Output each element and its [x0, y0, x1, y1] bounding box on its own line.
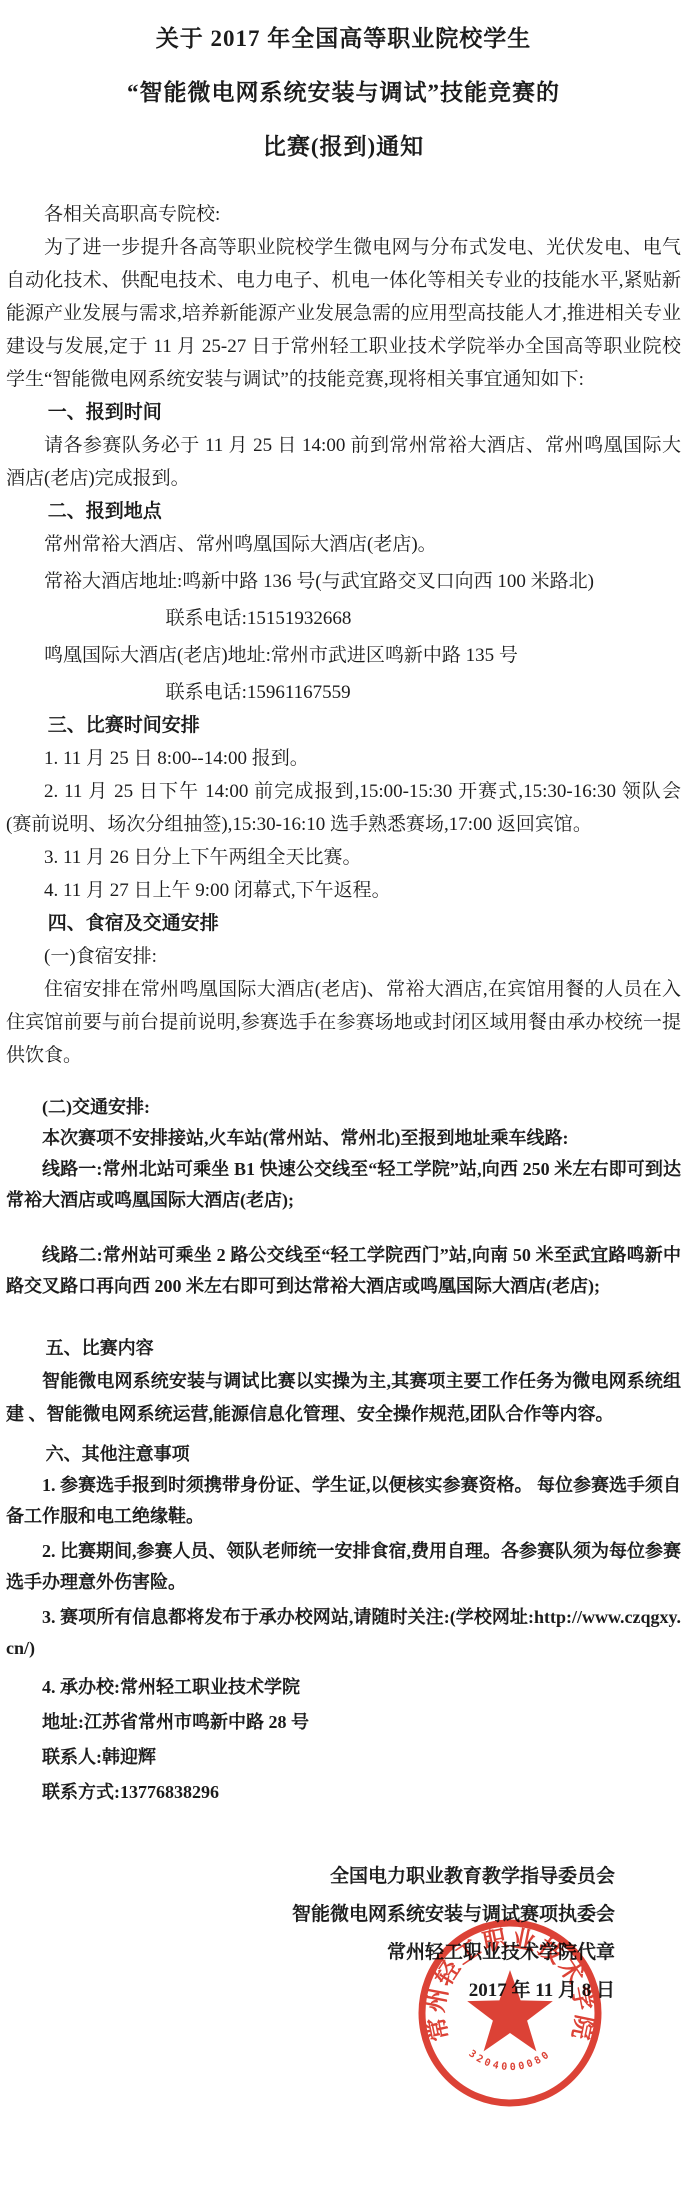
- section4-heading: 四、食宿及交通安排: [6, 907, 681, 940]
- section5-heading: 五、比赛内容: [6, 1332, 681, 1365]
- title-line-3: 比赛(报到)通知: [6, 120, 681, 174]
- transport-subheading: (二)交通安排:: [6, 1092, 681, 1123]
- signature-line-1: 全国电力职业教育教学指导委员会: [6, 1858, 615, 1896]
- notice-document: 关于 2017 年全国高等职业院校学生 “智能微电网系统安装与调试”技能竞赛的 …: [0, 0, 687, 2010]
- note-3: 3. 赛项所有信息都将发布于承办校网站,请随时关注:(学校网址:http://w…: [6, 1602, 681, 1664]
- schedule-item-2: 2. 11 月 25 日下午 14:00 前完成报到,15:00-15:30 开…: [6, 775, 681, 841]
- changyu-hotel-phone: 联系电话:15151932668: [6, 602, 681, 635]
- svg-text:3204000080: 3204000080: [466, 2048, 553, 2073]
- title-line-1: 关于 2017 年全国高等职业院校学生: [6, 12, 681, 66]
- lodging-paragraph: 住宿安排在常州鸣凰国际大酒店(老店)、常裕大酒店,在宾馆用餐的人员在入住宾馆前要…: [6, 973, 681, 1072]
- seal-code: 3204000080: [466, 2048, 553, 2073]
- mingfeng-hotel-address: 鸣凰国际大酒店(老店)地址:常州市武进区鸣新中路 135 号: [6, 639, 681, 672]
- transport-intro: 本次赛项不安排接站,火车站(常州站、常州北)至报到地址乘车线路:: [6, 1123, 681, 1154]
- signature-line-2: 智能微电网系统安装与调试赛项执委会: [6, 1896, 615, 1934]
- section1-body: 请各参赛队务必于 11 月 25 日 14:00 前到常州常裕大酒店、常州鸣凰国…: [6, 429, 681, 495]
- route-1: 线路一:常州北站可乘坐 B1 快速公交线至“轻工学院”站,向西 250 米左右即…: [6, 1154, 681, 1216]
- signature-block: 全国电力职业教育教学指导委员会 智能微电网系统安装与调试赛项执委会 常州轻工职业…: [6, 1858, 681, 2010]
- note-2: 2. 比赛期间,参赛人员、领队老师统一安排食宿,费用自理。各参赛队须为每位参赛选…: [6, 1536, 681, 1598]
- host-address: 地址:江苏省常州市鸣新中路 28 号: [6, 1707, 681, 1738]
- changyu-hotel-address: 常裕大酒店地址:鸣新中路 136 号(与武宜路交叉口向西 100 米路北): [6, 565, 681, 598]
- signature-line-3: 常州轻工职业技术学院代章: [6, 1934, 615, 1972]
- section6-heading: 六、其他注意事项: [6, 1439, 681, 1470]
- note-4: 4. 承办校:常州轻工职业技术学院: [6, 1672, 681, 1703]
- section1-heading: 一、报到时间: [6, 396, 681, 429]
- hotel-list: 常州常裕大酒店、常州鸣凰国际大酒店(老店)。: [6, 528, 681, 561]
- competition-content: 智能微电网系统安装与调试比赛以实操为主,其赛项主要工作任务为微电网系统组建 、智…: [6, 1365, 681, 1431]
- schedule-item-3: 3. 11 月 26 日分上下午两组全天比赛。: [6, 841, 681, 874]
- signature-date: 2017 年 11 月 8 日: [6, 1972, 615, 2010]
- schedule-item-1: 1. 11 月 25 日 8:00--14:00 报到。: [6, 742, 681, 775]
- route-2: 线路二:常州站可乘坐 2 路公交线至“轻工学院西门”站,向南 50 米至武宜路鸣…: [6, 1240, 681, 1302]
- note-1: 1. 参赛选手报到时须携带身份证、学生证,以便核实参赛资格。 每位参赛选手须自备…: [6, 1470, 681, 1532]
- title-line-2: “智能微电网系统安装与调试”技能竞赛的: [6, 66, 681, 120]
- section3-heading: 三、比赛时间安排: [6, 709, 681, 742]
- schedule-item-4: 4. 11 月 27 日上午 9:00 闭幕式,下午返程。: [6, 874, 681, 907]
- contact-phone: 联系方式:13776838296: [6, 1777, 681, 1808]
- salutation: 各相关高职高专院校:: [6, 198, 681, 231]
- intro-paragraph: 为了进一步提升各高等职业院校学生微电网与分布式发电、光伏发电、电气自动化技术、供…: [6, 231, 681, 396]
- section2-heading: 二、报到地点: [6, 495, 681, 528]
- mingfeng-hotel-phone: 联系电话:15961167559: [6, 676, 681, 709]
- contact-person: 联系人:韩迎辉: [6, 1742, 681, 1773]
- document-title: 关于 2017 年全国高等职业院校学生 “智能微电网系统安装与调试”技能竞赛的 …: [6, 12, 681, 174]
- lodging-subheading: (一)食宿安排:: [6, 940, 681, 973]
